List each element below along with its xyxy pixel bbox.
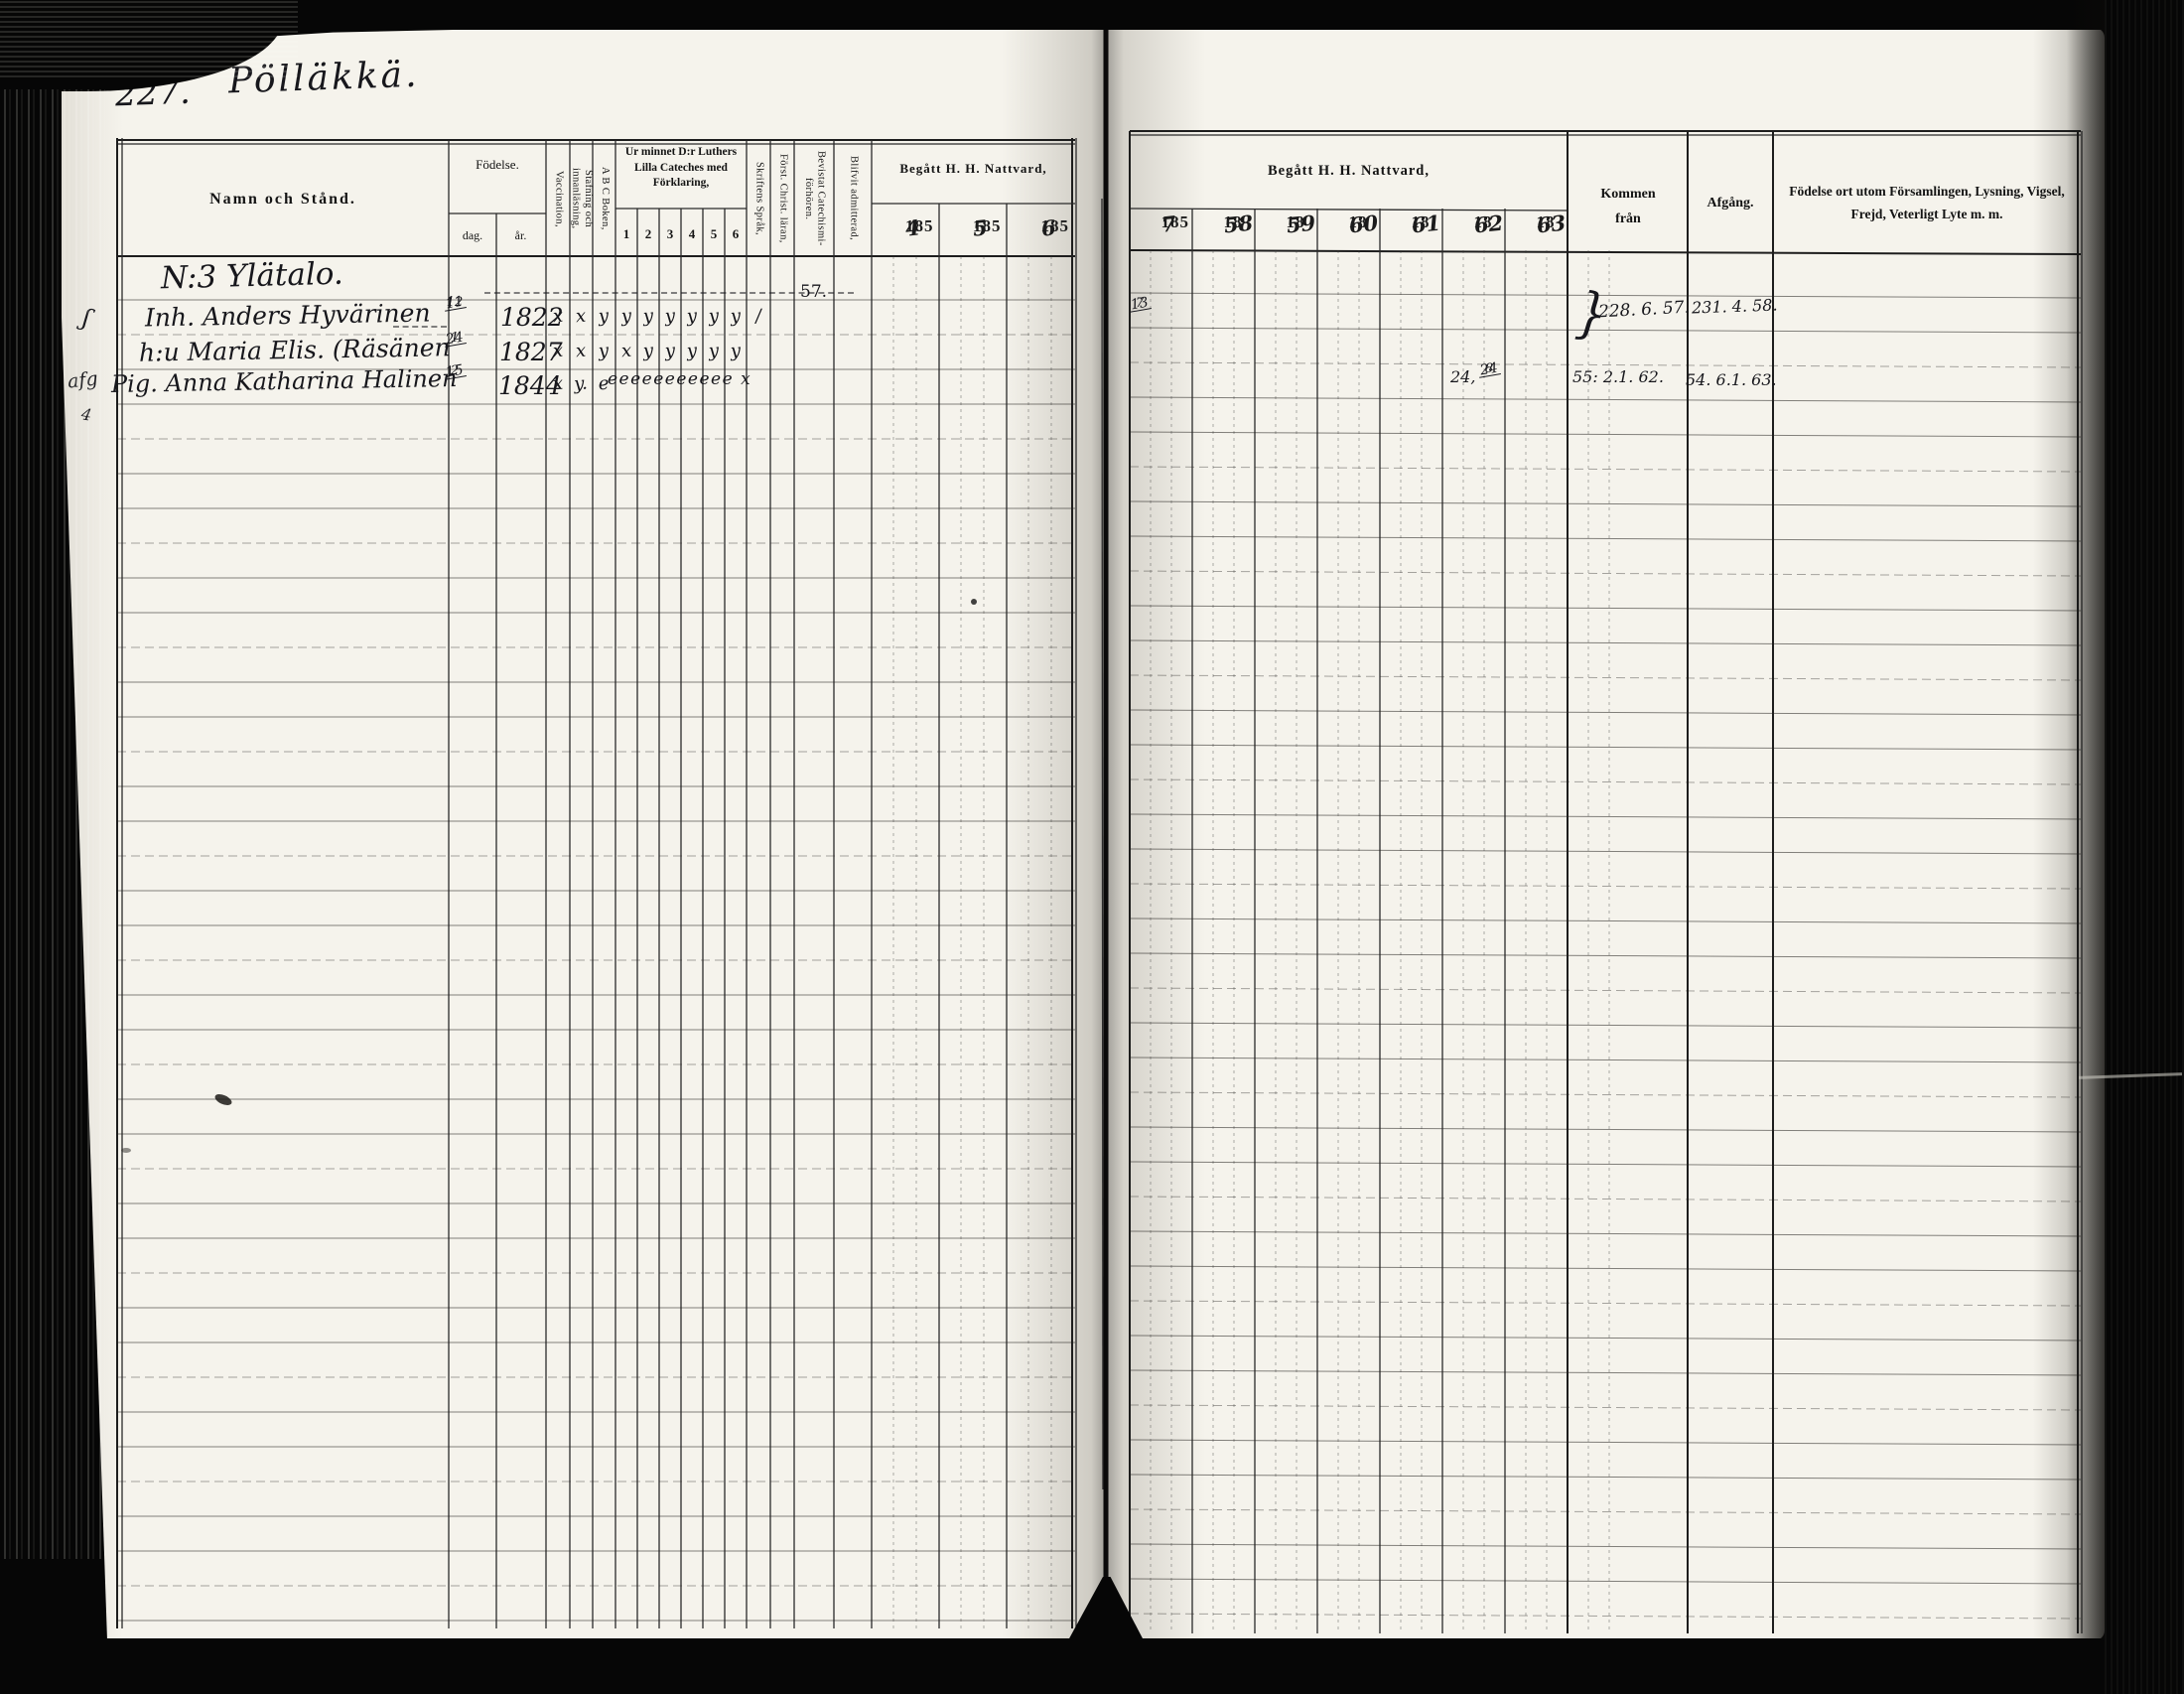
catechism-col-number: 1 [615,226,637,242]
column-header-vertical-abc-book: A B C Boken, [594,143,614,254]
communion-date-mark: 24, [1450,367,1475,386]
handwritten-mark: e [595,372,612,394]
column-header-name: Namn och Stånd. [149,191,417,209]
handwritten-mark: x [549,305,566,327]
column-header-birth: Födelse. [449,157,546,173]
column-header-vertical-scripture: Skriftens Språk, [748,143,769,254]
catechism-col-number: 2 [637,226,659,242]
handwritten-mark: y [661,340,678,361]
handwritten-mark: y [595,340,612,361]
handwritten-mark: y [727,305,744,327]
handwritten-mark: y [661,305,678,327]
kommen-entry-row3: 55: 2.1. 62. [1572,367,1664,386]
column-header-birthplace-notes: Födelse ort utom Församlingen, Lysning, … [1787,181,2067,226]
row1-filler-dashes [393,326,447,328]
scan-streaks-right [2105,0,2184,1694]
handwritten-mark: y [639,340,656,361]
column-header-vertical-christianity: Först. Christ. läran, [771,143,793,254]
handwritten-mark: ∕ [750,305,766,327]
handwritten-mark: y [617,305,634,327]
column-header-vertical-spelling: Stafning och innanläsning, [571,143,592,254]
column-header-vertical-vaccination: Vaccination, [547,143,569,254]
handwritten-mark: y [639,305,656,327]
scan-border-bottom [0,1638,2184,1694]
catechism-col-number: 5 [703,226,725,242]
handwritten-mark: y [705,340,722,361]
handwritten-mark: x [549,372,566,394]
handwritten-mark: x [617,340,634,361]
column-header-birth-year: år. [497,228,544,243]
column-header-communion-right: Begått H. H. Nattvard, [1130,163,1568,180]
handwritten-mark: x [572,340,589,361]
scan-streaks-left [4,89,105,1559]
column-header-vertical-admitted: Blifvit admitterad, [835,143,871,254]
catechism-col-number: 3 [659,226,681,242]
handwritten-mark: y. [572,372,589,394]
ink-dot [971,599,977,605]
column-header-kommen-line2: från [1569,212,1688,227]
handwritten-mark: y [727,340,744,361]
entry-name-row1: Inh. Anders Hyvärinen [145,298,431,332]
column-header-communion-left: Begått H. H. Nattvard, [872,161,1075,177]
entry-name-row2: h:u Maria Elis. (Räsänen [139,333,451,366]
birth-month-row2: 1 [451,333,459,345]
scan-streaks-corner [0,0,298,77]
heading-filler-dashes [484,292,854,294]
handwritten-mark: x [572,305,589,327]
column-header-kommen-line1: Kommen [1569,187,1688,203]
scanned-parish-register: 227. Pölläkkä. Namn och Stånd. Födelse. … [0,0,2184,1694]
column-header-catechism: Ur minnet D:r Luthers Lilla Cateches med… [617,145,745,205]
afgang-entry-row1: 231. 4. 58. [1692,295,1778,317]
ink-smudge-small [121,1148,131,1153]
handwritten-mark: y [595,305,612,327]
afgang-entry-row3: 54. 6.1. 63. [1686,370,1777,389]
handwritten-mark: y [683,305,700,327]
catechism-col-number: 4 [681,226,703,242]
column-header-birth-day: dag. [450,228,495,243]
household-heading: N:3 Ylätalo. [161,256,344,297]
table-grid [0,0,2184,1694]
catechism-run-row3: eeeeeeeeeee x [608,369,751,389]
handwritten-mark: x [549,340,566,361]
catechism-col-number: 6 [725,226,747,242]
birth-month-row1: 12 [447,297,464,309]
column-header-vertical-catechism-meetings: Bevistat Catechismi-förhören. [795,143,833,254]
birth-month-row3: 2 [451,365,459,377]
page-curl-shadow [2067,0,2109,1694]
handwritten-mark: y [683,340,700,361]
handwritten-mark: y [705,305,722,327]
column-header-afgang: Afgång. [1688,196,1773,212]
admitted-note: 57. [800,282,827,302]
